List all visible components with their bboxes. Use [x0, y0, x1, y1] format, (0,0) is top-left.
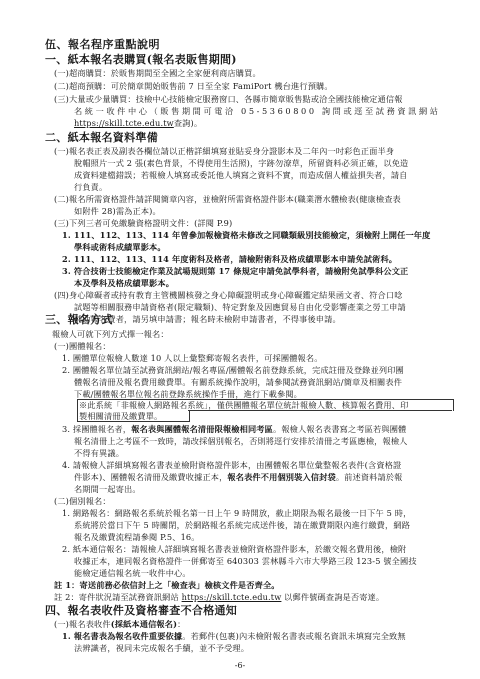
methods-intro: 報檢人可就下列方式擇一報名： — [52, 329, 169, 340]
notice-line2: 製相關清冊及繳費單。 — [79, 411, 162, 422]
website-link-2[interactable]: https://skill.tcte.edu.tw — [182, 592, 282, 602]
note-1: 註 1：寄送前務必依信封上之「檢查表」檢核文件是否齊全。 — [54, 580, 280, 591]
item-form-fill-4: 行負責。 — [74, 182, 107, 193]
group-3-line2: 報名清冊上之考區不一致時，請改採個別報名，否則將逕行安排於清冊之考區應檢，報檢人 — [74, 436, 408, 447]
page-number: -6- — [0, 660, 480, 671]
group-3-line3: 不得有異議。 — [74, 448, 124, 459]
website-link[interactable]: https://skill.tcte.edu.tw — [74, 118, 174, 128]
indiv-2-line3: 能檢定通信報名統一收件中心。 — [74, 568, 191, 579]
receipt-1-bold: 1. 報名書表為報名收件重要依據 — [62, 631, 182, 641]
heading-methods: 三、報名方式 — [45, 313, 113, 327]
receipt-title-post: ： — [177, 619, 185, 629]
indiv-1-line2: 系統將於當日下午 5 時關閉，於網路報名系統完成送件後，請在繳費期限內進行繳費，… — [74, 520, 410, 531]
note-2: 註 2：寄件狀況請至試務資訊網站 https://skill.tcte.edu.… — [54, 592, 384, 603]
item-form-fill: (一)報名表正表及副表各欄位請以正楷詳細填寫並貼妥身分證影本及二年內一吋彩色正面… — [54, 146, 394, 157]
group-4-c: 。前述資料請於報 — [336, 472, 403, 482]
exemption-3-line2: 本及學科及格成績單影本。 — [74, 278, 174, 289]
indiv-1-line3: 報名及繳費流程請參閱 P.5、16。 — [74, 532, 200, 543]
receipt-title-bold: (採紙本通信報名) — [111, 619, 177, 629]
item-documents: (二)報名所需資格證件請詳閱簡章內容，並檢附所需資格證件影本(職業潛水體檢表(健… — [54, 194, 401, 205]
group-3: 3. 採團體報名者，報名表與團體報名清冊限報檢相同考區。報檢人報名表書寫之考區若… — [62, 424, 406, 435]
item-disability-3: 補助報名費者，請另填申請書；報名時未檢附申請書者，不得事後申請。 — [74, 314, 341, 325]
group-3-bold: 報名表與團體報名清冊限報檢相同考區 — [131, 424, 273, 434]
document-page: 伍、報名程序重點說明 一、紙本報名表購買(報名表販售期間) (一)超商購買：於販… — [0, 0, 480, 679]
group-title: (一)團體報名： — [54, 341, 111, 352]
item-disability-2: 試題等相關服務申請資格者(限定職類)、特定對象及因應貿易自由化受影響產業之勞工申… — [74, 302, 406, 313]
item-form-fill-3: 成資料建檔錯誤；若報檢人填寫或委託他人填寫之資料不實，而造成個人權益損失者，請自 — [74, 170, 408, 181]
note-2-post: 以郵件號碼查詢是否寄達。 — [281, 592, 384, 602]
indiv-2-line2: 收據正本，連同報名資格證件一併郵寄至 640303 雲林縣斗六市大學路三段 12… — [74, 556, 417, 567]
receipt-1-rest: 。若郵件(包裹)內未檢附報名書表或報名資訊未填寫完全致無 — [182, 631, 405, 641]
exemption-3: 3. 符合技術士技能檢定作業及試場規則第 17 條規定申請免試學科者，請檢附免試… — [62, 266, 408, 277]
item-disability: (四)身心障礙者或持有教育主管機關核發之身心障礙證明或身心障礙鑑定結果函文者、符… — [54, 290, 403, 301]
indiv-1: 1. 網路報名：網路報名系統於報名第一日上午 9 時開放，截止期限為報名最後一日… — [62, 508, 411, 519]
group-4-bold: 報名表件不用個別裝入信封袋 — [227, 472, 335, 482]
item-form-fill-2: 脫帽照片一式 2 張(素色背景，不得使用生活照)，字跡勿潦草，所留資料必須正確，… — [74, 158, 408, 169]
heading-prepare: 二、紙本報名資料準備 — [45, 131, 158, 145]
receipt-1: 1. 報名書表為報名收件重要依據。若郵件(包裹)內未檢附報名書表或報名資訊未填寫… — [62, 631, 406, 642]
item-store-purchase: (一)超商購買：於販售期間至全國之全家便利商店購買。 — [54, 68, 261, 79]
item-preorder: (二)超商預購：可於簡章開始販售前 7 日至全家 FamiPort 機台進行預購… — [54, 81, 333, 92]
group-4-line2: 件影本)、團體報名清冊及繳費收據正本，報名表件不用個別裝入信封袋。前述資料請於報 — [74, 472, 403, 483]
receipt-title-pre: (一)報名表收件 — [54, 619, 111, 629]
group-3-a: 3. 採團體報名者， — [62, 424, 131, 434]
heading-receipt: 四、報名表收件及資格審查不合格通知 — [45, 604, 237, 618]
group-1: 1. 團體單位報檢人數達 10 人以上彙整郵寄報名表件，可採團體報名。 — [62, 353, 323, 364]
item-bulk-purchase-line2: 名統一收件中心（販售期間可電洽 05-5360800 詢問或逕至試務資訊網站 — [74, 106, 441, 117]
receipt-title: (一)報名表收件(採紙本通信報名)： — [54, 619, 185, 630]
notice-line1: ※此系統「非報檢人網路報名系統」，僅供團體報名單位統計報檢人數、核算報名費用、印 — [79, 400, 408, 411]
exemption-2: 2. 111、112、113、114 年度術科及格者，請檢附術科及格成績單影本申… — [62, 254, 397, 265]
group-2-line2: 體報名清冊及報名費用繳費單。有關系統操作說明，請參閱試務資訊網站/簡章及相關表件 — [74, 377, 402, 388]
text-query: 查詢)。 — [174, 118, 202, 128]
group-2: 2. 團體報名單位請至試務資訊網站/報名專區/團體報名前登錄系統，完成註冊及登錄… — [62, 365, 404, 376]
exemption-1-line2: 學科或術科成績單影本。 — [74, 242, 166, 253]
receipt-1-line2: 法辨識者，視同未完成報名手續，並不予受理。 — [74, 643, 249, 654]
indiv-2: 2. 紙本通信報名：請報檢人詳細填寫報名書表並檢附資格證件影本，於繳交報名費用後… — [62, 544, 406, 555]
exemption-1: 1. 111、112、113、114 年曾參加報檢資格未修改之同職類級別技能檢定… — [62, 230, 431, 241]
group-4-line3: 名期間一起寄出。 — [74, 484, 141, 495]
group-3-c: 。報檢人報名表書寫之考區若與團體 — [273, 424, 406, 434]
group-4-a: 件影本)、團體報名清冊及繳費收據正本， — [74, 472, 227, 482]
heading-purchase: 一、紙本報名表購買(報名表販售期間) — [45, 53, 237, 67]
item-bulk-purchase-line3: https://skill.tcte.edu.tw查詢)。 — [74, 118, 202, 129]
group-4: 4. 請報檢人詳細填寫報名書表並檢附資格證件影本，由團體報名單位彙整報名表件(含… — [62, 460, 401, 471]
individual-title: (二)個別報名： — [54, 496, 111, 507]
item-bulk-purchase: (三)大量或少量購買：技檢中心技能檢定服務窗口、各縣市簡章販售點或洽全國技能檢定… — [54, 94, 403, 105]
item-documents-2: 如附件 28)需為正本)。 — [74, 206, 161, 217]
note-2-pre: 註 2：寄件狀況請至試務資訊網站 — [54, 592, 182, 602]
section-title: 伍、報名程序重點說明 — [45, 39, 160, 50]
item-exemptions: (三)下列三者可免繳驗資格證明文件：(詳閱 P.9) — [54, 218, 232, 229]
